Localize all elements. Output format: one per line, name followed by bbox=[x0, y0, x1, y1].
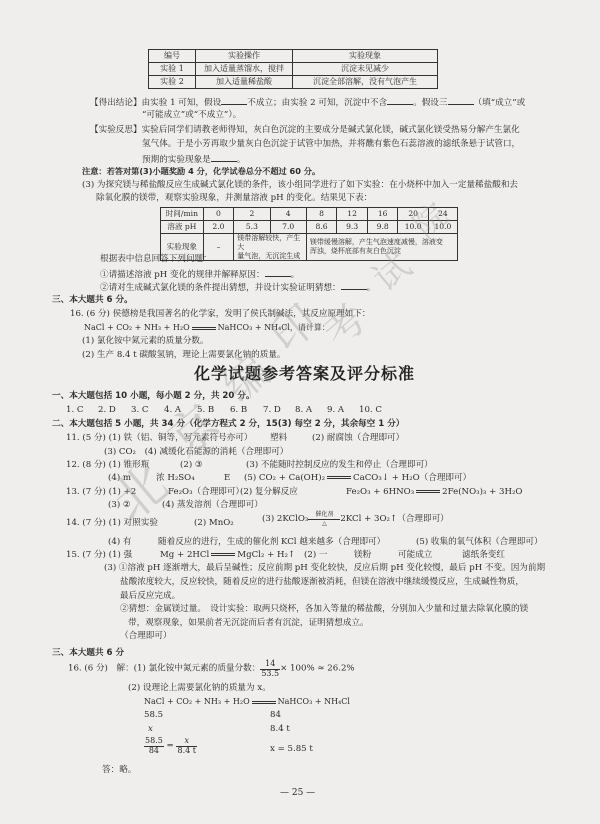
notice-text: 注意：若答对第(3)小题奖励 4 分，化学试卷总分不超过 60 分。 bbox=[82, 166, 320, 177]
q16-sub-1: (1) 氯化铵中氮元素的质量分数。 bbox=[82, 336, 209, 347]
reflection-line-2: 氢气体。于是小芳再取少量灰白色沉淀于试管中加热，并将醮有紫色石蕊溶液的滤纸条悬于… bbox=[142, 139, 520, 150]
answers-section-1-list: 1. C 2. D 3. C 4. A 5. B 6. B 7. D 8. A … bbox=[66, 405, 382, 416]
fraction: x8.4 t bbox=[176, 737, 196, 756]
table-row: 溶液 pH 2.0 5.3 7.0 8.6 9.3 9.8 10.0 10.0 bbox=[161, 221, 458, 234]
q16-equation: NaCl + CO₂ + NH₃ + H₂ONaHCO₃ + NH₄Cl，请计算… bbox=[84, 323, 330, 333]
equals-sign bbox=[252, 701, 276, 704]
answer-q13: 13. (7 分) (1) +2 bbox=[66, 487, 136, 498]
answer-q16: 16. (6 分) 解：(1) 氯化铵中氮元素的质量分数：1453.5× 100… bbox=[68, 660, 355, 679]
fraction: 1453.5 bbox=[260, 660, 280, 679]
answer-q12: 12. (8 分) (1) 锥形瓶 bbox=[66, 460, 149, 471]
q3-question-1: ①请描述溶液 pH 变化的规律并解释原因：。 bbox=[100, 268, 299, 281]
q3-intro: 根据表中信息回答下列问题： bbox=[100, 254, 212, 265]
answers-section-3-header: 三、本大题共 6 分 bbox=[52, 648, 124, 659]
q16-line-1: 16. (6 分) 侯德榜是我国著名的化学家，发明了侯氏制碱法，其反应原理如下： bbox=[70, 309, 370, 320]
table-row: 时间/min 0 2 4 8 12 16 20 24 bbox=[161, 208, 458, 221]
q3-line-1: (3) 为探究镁与稀盐酸反应生成碱式氯化镁的条件，该小组同学进行了如下实验：在小… bbox=[82, 180, 518, 191]
conclusion-line-1: 【得出结论】由实验 1 可知，假设不成立；由实验 2 可知，沉淀中不含。假设三（… bbox=[90, 96, 525, 109]
table-header: 实验现象 bbox=[293, 50, 438, 63]
table-header: 实验操作 bbox=[196, 50, 293, 63]
page-number: — 25 — bbox=[280, 788, 315, 800]
reflection-line-1: 【实验反思】实验后同学们请教老师得知，灰白色沉淀的主要成分是碱式氯化镁，碱式氯化… bbox=[90, 125, 520, 136]
q16-sub-2: (2) 生产 8.4 t 碳酸氢钠，理论上需要氯化钠的质量。 bbox=[82, 350, 286, 361]
q3-line-2: 除氧化膜的镁带，观察实验现象，并测量溶液 pH 的变化。结果见下表： bbox=[96, 193, 372, 204]
table-header: 编号 bbox=[149, 50, 196, 63]
answer-blank bbox=[341, 281, 367, 290]
conclusion-line-2: “可能成立”或“不成立”）。 bbox=[142, 110, 241, 121]
equals-sign bbox=[416, 490, 440, 493]
section-3-header: 三、本大题共 6 分。 bbox=[52, 295, 133, 306]
answers-section-2-header: 二、本大题包括 5 小题，共 34 分（化学方程式 2 分，15(3) 每空 2… bbox=[52, 419, 404, 430]
answer-blank bbox=[448, 96, 474, 105]
table-row: 实验 2 加入适量稀盐酸 沉淀全部溶解，没有气泡产生 bbox=[149, 76, 438, 89]
experiment-table: 编号 实验操作 实验现象 实验 1 加入适量蒸馏水，搅拌 沉淀未见减少 实验 2… bbox=[148, 49, 438, 89]
equals-sign bbox=[192, 327, 216, 330]
equals-sign bbox=[327, 476, 351, 479]
q3-question-2: ②请对生成碱式氯化镁的条件提出猜想，并设计实验证明猜想：。 bbox=[100, 281, 375, 294]
reaction-arrow: 催化剂△ bbox=[308, 512, 340, 527]
answer-q15: 15. (7 分) (1) 强 bbox=[66, 550, 132, 561]
equals-sign bbox=[211, 553, 235, 556]
fraction: 58.584 bbox=[144, 737, 164, 756]
table-row: 实验 1 加入适量蒸馏水，搅拌 沉淀未见减少 bbox=[149, 63, 438, 76]
answer-blank bbox=[221, 96, 247, 105]
answer-blank bbox=[211, 153, 237, 162]
answers-section-1-header: 一、本大题包括 10 小题，每小题 2 分，共 20 分。 bbox=[52, 391, 255, 402]
answer-q14: 14. (7 分) (1) 对照实验 bbox=[66, 518, 158, 529]
answer-blank bbox=[387, 96, 413, 105]
document-page: 编号 实验操作 实验现象 实验 1 加入适量蒸馏水，搅拌 沉淀未见减少 实验 2… bbox=[0, 0, 600, 824]
reflection-line-3: 预期的实验现象是。 bbox=[142, 153, 245, 166]
answer-blank bbox=[265, 268, 291, 277]
answer-q11: 11. (5 分) (1) 铁（铝、铜等，写元素符号亦可） bbox=[66, 433, 252, 444]
answers-title: 化学试题参考答案及评分标准 bbox=[194, 364, 415, 385]
